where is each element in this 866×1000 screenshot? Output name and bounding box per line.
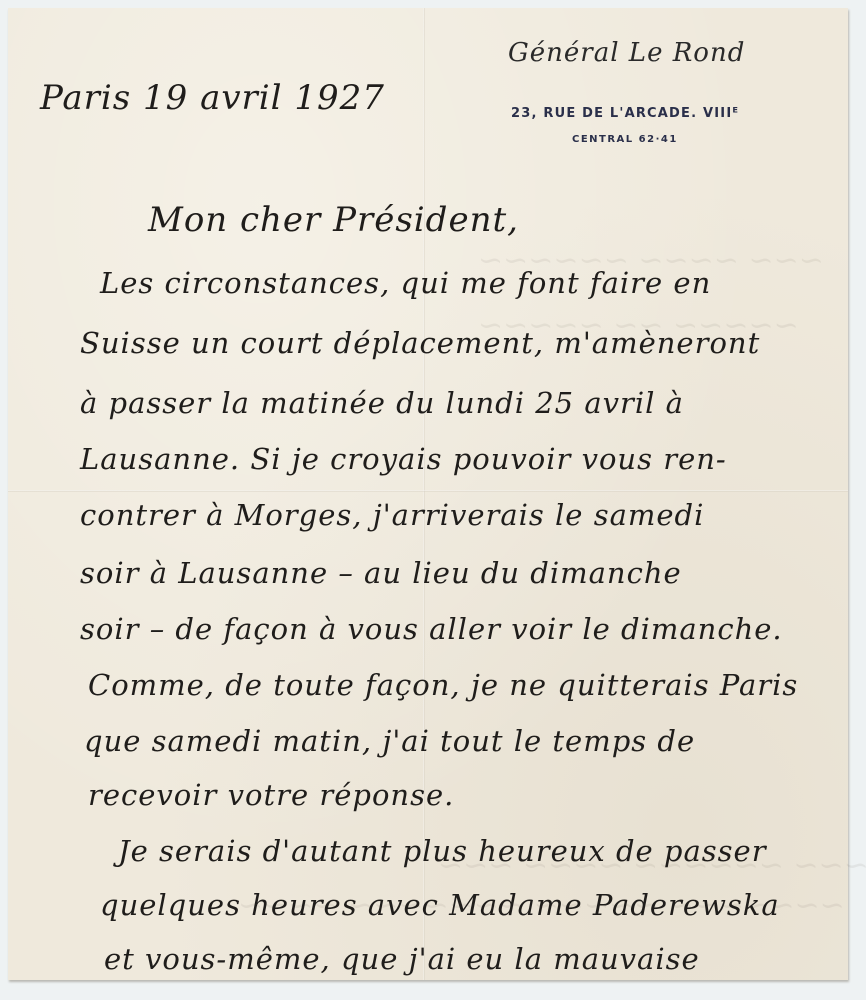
dateline: Paris 19 avril 1927 [40,78,385,118]
body-line: Suisse un court déplacement, m'amèneront [80,326,760,360]
letterhead-name: Général Le Rond [508,38,745,68]
salutation: Mon cher Président, [148,200,519,240]
letter-paper: ~~~ ~~~~ ~~~~~~ ~~~~~ ~~ ~~~~~ ~~~~ ~~~~… [8,8,848,980]
body-line: et vous-même, que j'ai eu la mauvaise [104,942,700,976]
letterhead-address: 23, RUE DE L'ARCADE. VIIIᴱ [511,106,739,121]
body-line: Je serais d'autant plus heureux de passe… [118,834,767,868]
body-line: contrer à Morges, j'arriverais le samedi [80,498,704,532]
body-line: que samedi matin, j'ai tout le temps de [84,724,695,758]
letterhead-phone: CENTRAL 62·41 [572,134,678,145]
body-line: Lausanne. Si je croyais pouvoir vous ren… [80,442,727,476]
body-line: Comme, de toute façon, je ne quitterais … [88,668,798,702]
body-line: Les circonstances, qui me font faire en [100,266,711,300]
body-line: recevoir votre réponse. [88,778,454,812]
body-line: à passer la matinée du lundi 25 avril à [80,386,684,420]
horizontal-fold-crease [8,490,848,492]
body-line: quelques heures avec Madame Paderewska [100,888,780,922]
body-line: soir à Lausanne – au lieu du dimanche [80,556,682,590]
body-line: soir – de façon à vous aller voir le dim… [80,612,783,646]
